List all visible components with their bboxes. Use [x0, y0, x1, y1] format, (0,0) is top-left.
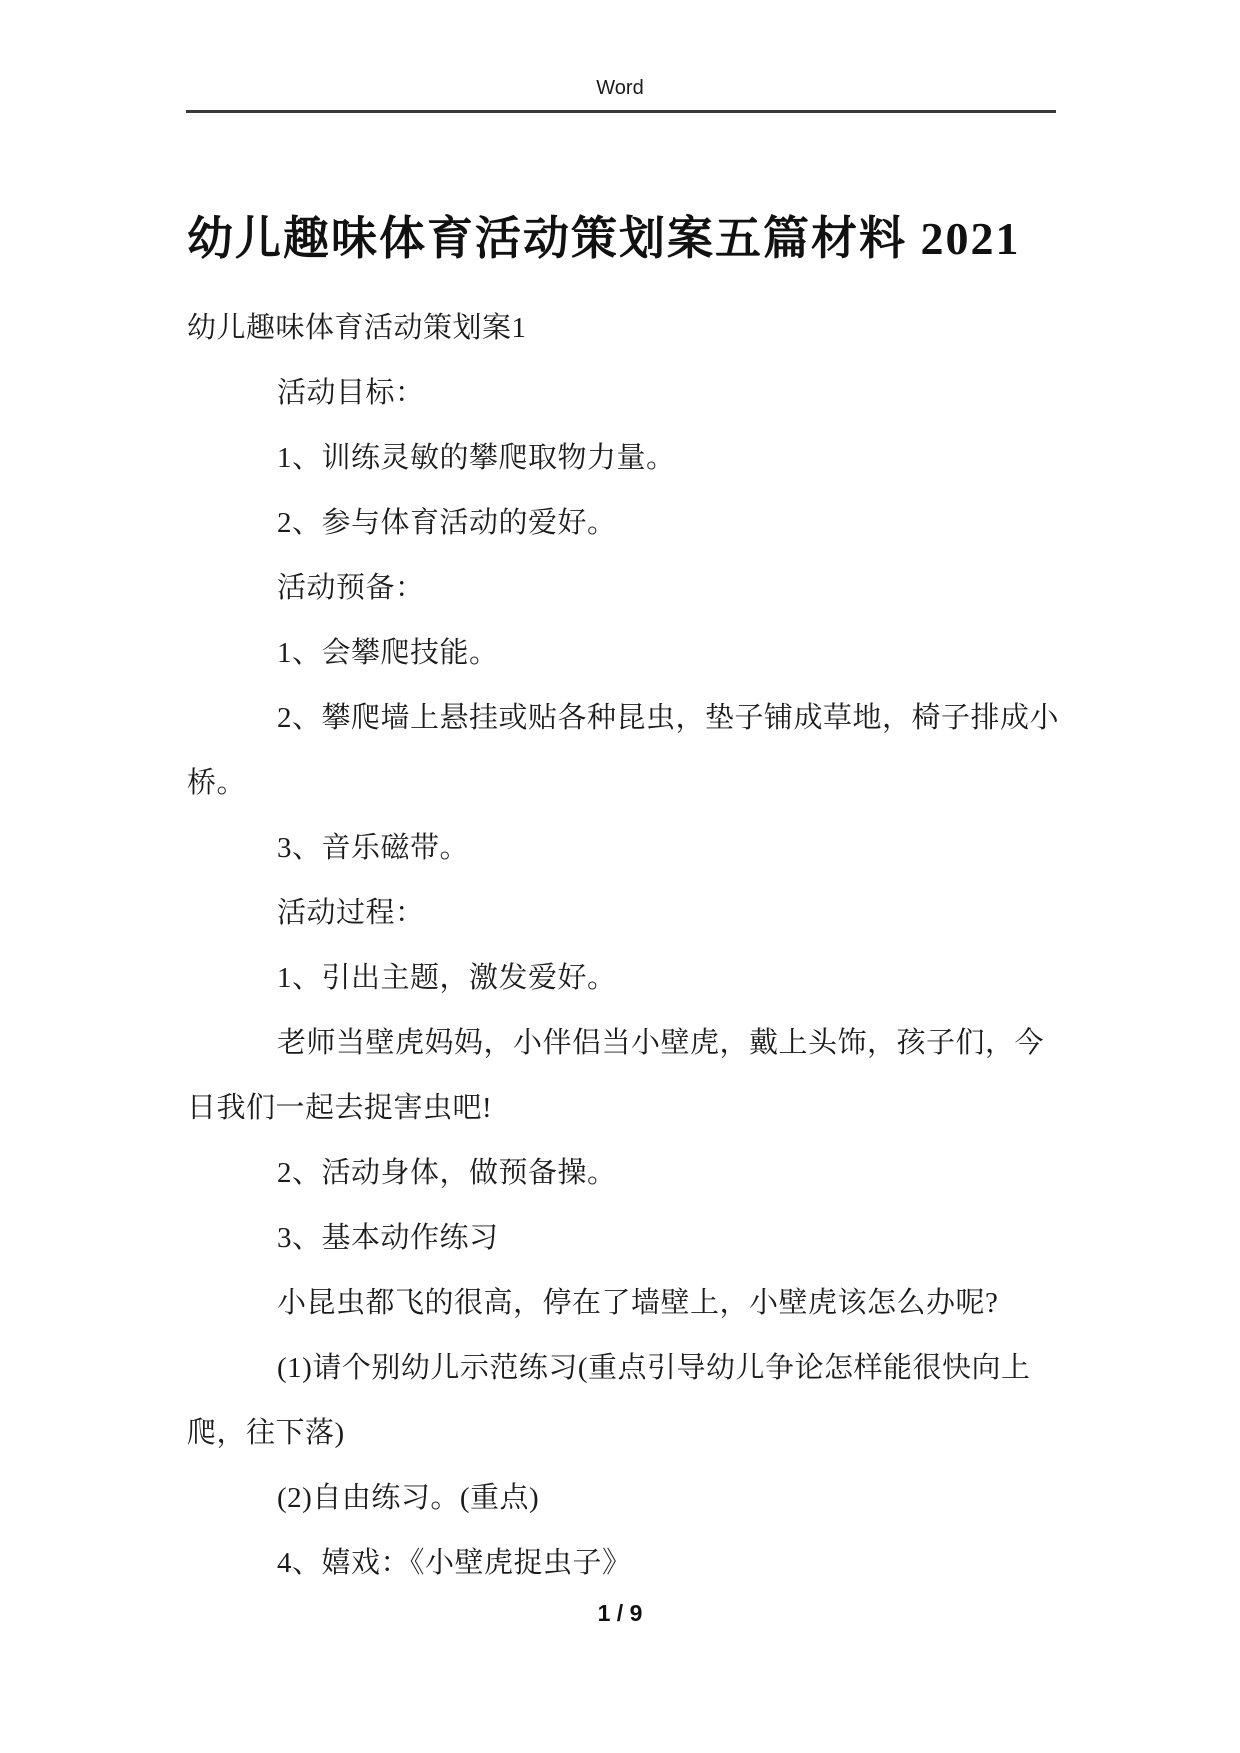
paragraph: 2、攀爬墙上悬挂或贴各种昆虫，垫子铺成草地，椅子排成小桥。 [187, 686, 1059, 816]
document-title: 幼儿趣味体育活动策划案五篇材料 2021 [187, 199, 1107, 279]
paragraph: 1、训练灵敏的攀爬取物力量。 [187, 426, 1059, 491]
paragraph: 活动过程： [187, 881, 1059, 946]
paragraph: 2、参与体育活动的爱好。 [187, 491, 1059, 556]
document-page: Word 幼儿趣味体育活动策划案五篇材料 2021 幼儿趣味体育活动策划案1活动… [0, 0, 1240, 1753]
paragraph: 1、引出主题，激发爱好。 [187, 946, 1059, 1011]
page-number-indicator: 1 / 9 [0, 1598, 1240, 1628]
paragraph: 活动目标： [187, 361, 1059, 426]
paragraph: 2、活动身体，做预备操。 [187, 1141, 1059, 1206]
paragraph: 老师当壁虎妈妈，小伴侣当小壁虎，戴上头饰，孩子们，今日我们一起去捉害虫吧! [187, 1011, 1059, 1141]
paragraph: (1)请个别幼儿示范练习(重点引导幼儿争论怎样能很快向上爬，往下落) [187, 1336, 1059, 1466]
paragraph: 活动预备： [187, 556, 1059, 621]
paragraph: 小昆虫都飞的很高，停在了墙壁上，小壁虎该怎么办呢? [187, 1271, 1059, 1336]
header-app-label: Word [0, 76, 1240, 100]
paragraph: 4、嬉戏：《小壁虎捉虫子》 [187, 1531, 1059, 1596]
header-rule [186, 110, 1056, 113]
paragraph: 幼儿趣味体育活动策划案1 [187, 296, 1059, 361]
document-body: 幼儿趣味体育活动策划案1活动目标：1、训练灵敏的攀爬取物力量。2、参与体育活动的… [187, 296, 1059, 1596]
paragraph: (2)自由练习。(重点) [187, 1466, 1059, 1531]
paragraph: 3、基本动作练习 [187, 1206, 1059, 1271]
paragraph: 1、会攀爬技能。 [187, 621, 1059, 686]
paragraph: 3、音乐磁带。 [187, 816, 1059, 881]
